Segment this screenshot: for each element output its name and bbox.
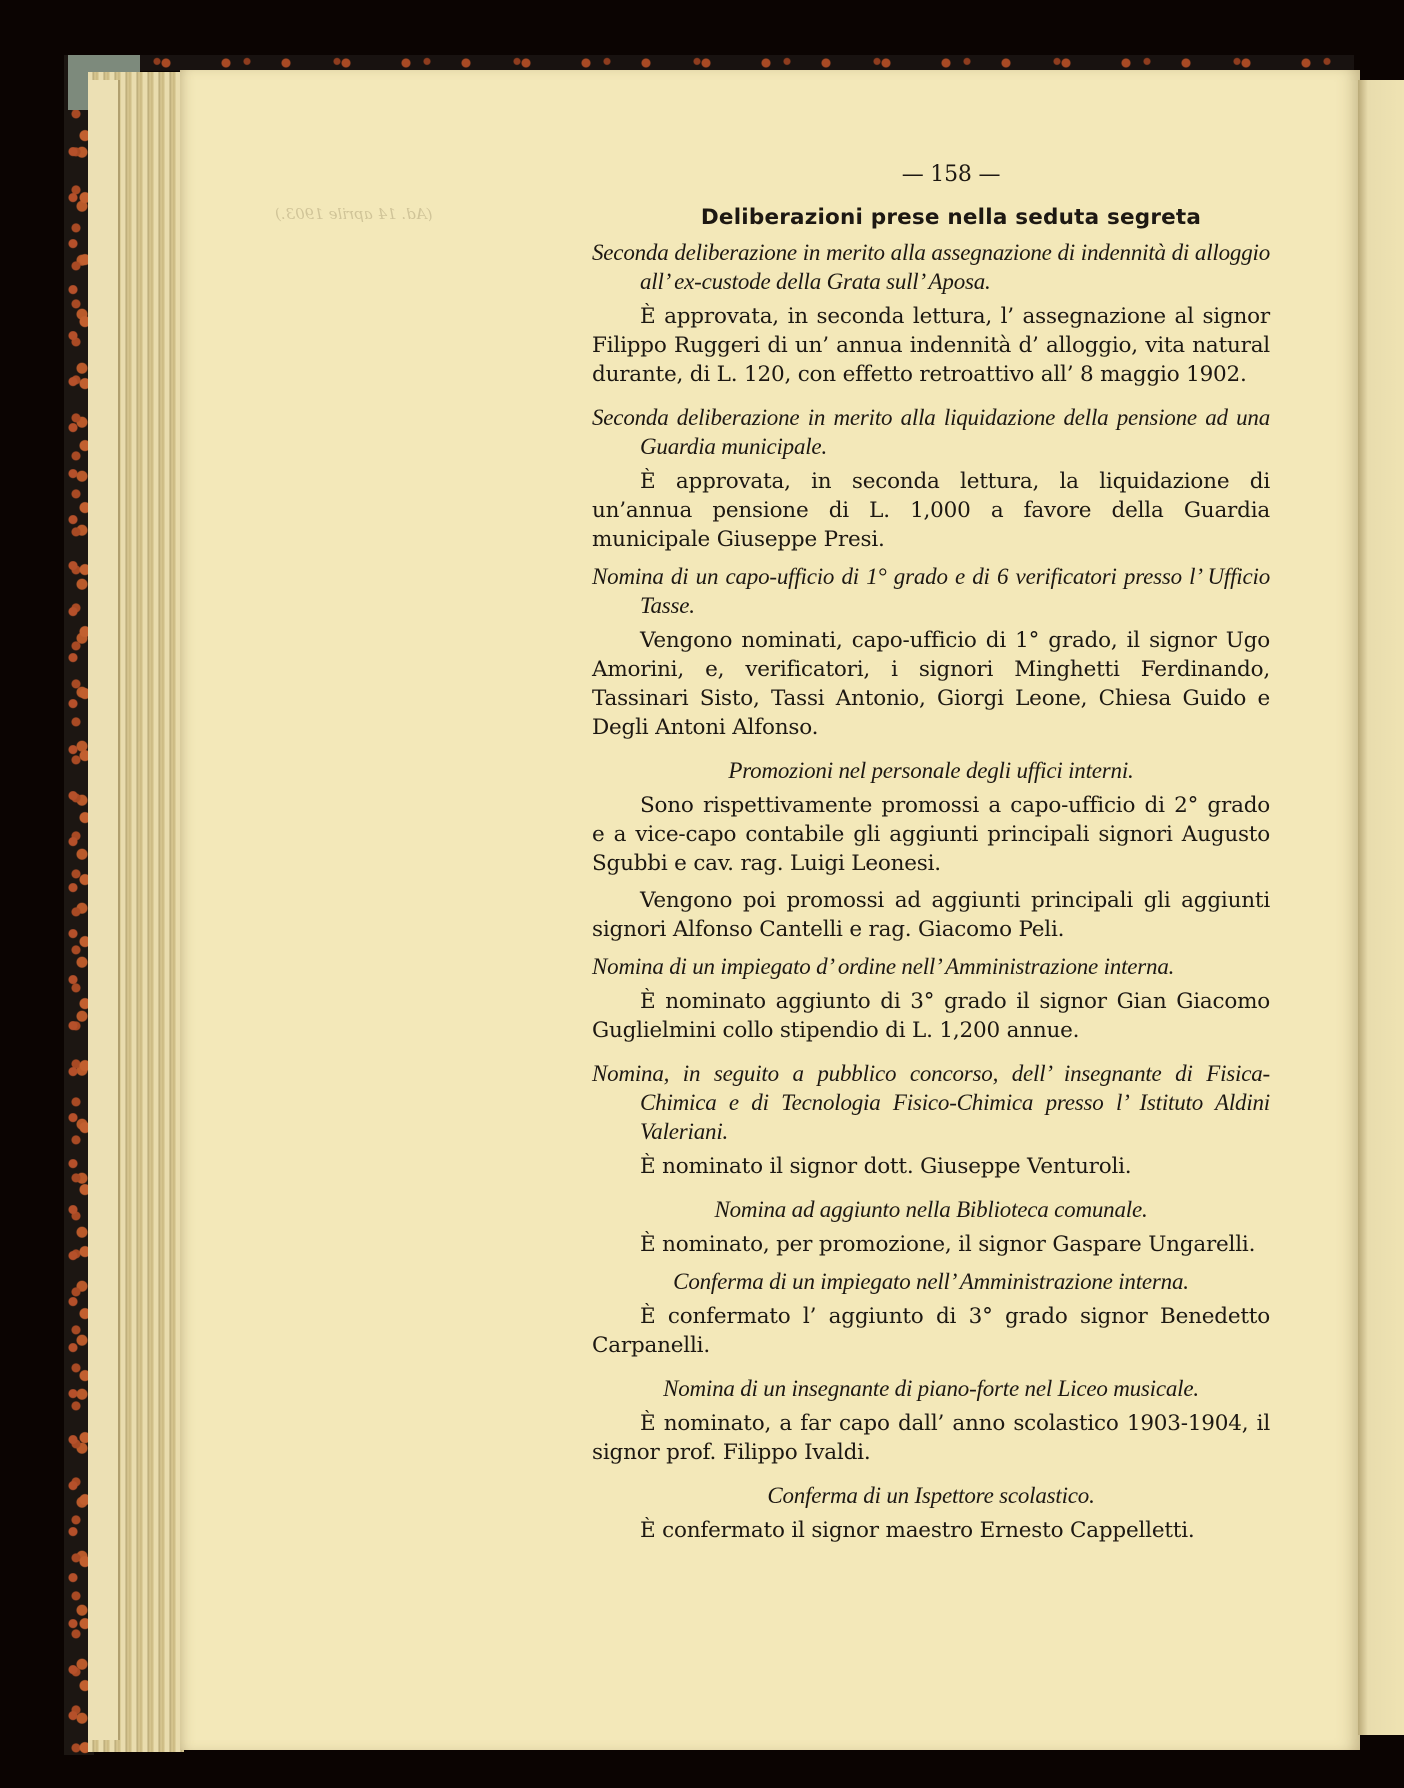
item-6: Nomina ad aggiunto nella Biblioteca comu…: [592, 1195, 1270, 1259]
item-0: Seconda deliberazione in merito alla ass…: [592, 238, 1270, 389]
item-7: Conferma di un impiegato nell’ Amministr…: [592, 1267, 1270, 1360]
item-5: Nomina, in seguito a pubblico concorso, …: [592, 1059, 1270, 1181]
item-paragraph: È approvata, in seconda lettura, la liqu…: [592, 467, 1270, 554]
page-number: — 158 —: [632, 160, 1270, 189]
item-paragraph: Sono rispettivamente promossi a capo-uff…: [592, 791, 1270, 878]
item-1: Seconda deliberazione in merito alla liq…: [592, 403, 1270, 554]
item-paragraph: È nominato il signor dott. Giuseppe Vent…: [592, 1152, 1270, 1181]
item-heading: Conferma di un Ispettore scolastico.: [592, 1481, 1270, 1510]
item-3: Promozioni nel personale degli uffici in…: [592, 756, 1270, 944]
section-title: Deliberazioni prese nella seduta segreta: [632, 203, 1270, 232]
item-heading: Seconda deliberazione in merito alla liq…: [592, 403, 1270, 461]
item-paragraph: È confermato il signor maestro Ernesto C…: [592, 1516, 1270, 1545]
item-paragraph: Vengono poi promossi ad aggiunti princip…: [592, 886, 1270, 944]
item-heading: Nomina, in seguito a pubblico concorso, …: [592, 1059, 1270, 1146]
item-paragraph: È confermato l’ aggiunto di 3° grado sig…: [592, 1302, 1270, 1360]
item-heading: Nomina ad aggiunto nella Biblioteca comu…: [592, 1195, 1270, 1224]
item-4: Nomina di un impiegato d’ ordine nell’ A…: [592, 952, 1270, 1045]
first-leaf: [88, 80, 120, 1740]
item-paragraph: Vengono nominati, capo-ufficio di 1° gra…: [592, 626, 1270, 742]
item-heading: Nomina di un capo-ufficio di 1° grado e …: [592, 562, 1270, 620]
page-stack-fore-edge: [88, 72, 184, 1752]
item-paragraph: È nominato, per promozione, il signor Ga…: [592, 1230, 1270, 1259]
book-cover-top: [94, 55, 1354, 71]
item-heading: Nomina di un impiegato d’ ordine nell’ A…: [592, 952, 1270, 981]
bleed-through-header: (Ad. 14 aprile 1903.): [275, 205, 432, 223]
item-9: Conferma di un Ispettore scolastico. È c…: [592, 1481, 1270, 1545]
item-paragraph: È nominato, a far capo dall’ anno scolas…: [592, 1409, 1270, 1467]
item-heading: Promozioni nel personale degli uffici in…: [592, 756, 1270, 785]
item-2: Nomina di un capo-ufficio di 1° grado e …: [592, 562, 1270, 742]
item-paragraph: È nominato aggiunto di 3° grado il signo…: [592, 987, 1270, 1045]
item-heading: Nomina di un insegnante di piano-forte n…: [592, 1374, 1270, 1403]
next-page-edge: [1358, 80, 1404, 1735]
item-heading: Seconda deliberazione in merito alla ass…: [592, 238, 1270, 296]
item-paragraph: È approvata, in seconda lettura, l’ asse…: [592, 302, 1270, 389]
item-8: Nomina di un insegnante di piano-forte n…: [592, 1374, 1270, 1467]
page-text: — 158 — Deliberazioni prese nella seduta…: [592, 160, 1270, 1553]
item-heading: Conferma di un impiegato nell’ Amministr…: [592, 1267, 1270, 1296]
